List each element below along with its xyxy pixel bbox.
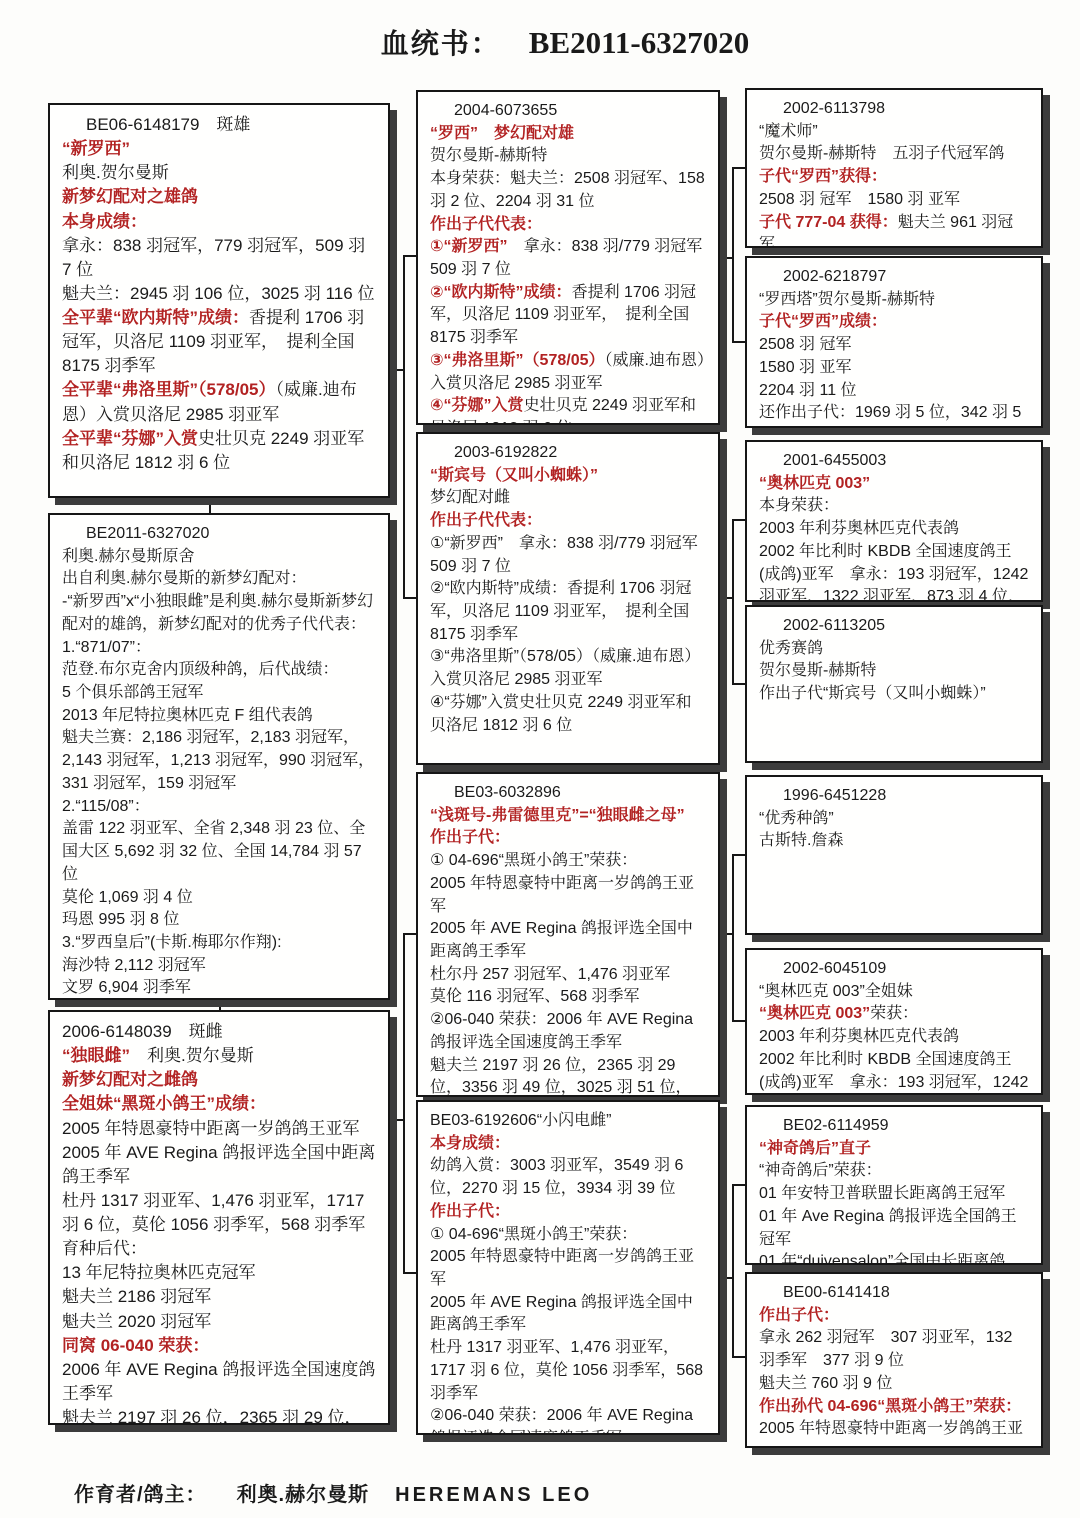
highlight-text: 作出子代： — [430, 829, 510, 846]
body-text: 2002-6113798 — [783, 100, 885, 117]
body-text: 梦幻配对雌 — [430, 489, 510, 506]
body-text: ②06-040 荣获：2006 年 AVE Regina 鸽报评选全国速度鸽王季… — [430, 1011, 693, 1051]
pedigree-text-line: ④“芬娜”入赏史壮贝克 2249 羽亚军和贝洛尼 1812 羽 6 位 — [430, 692, 706, 737]
body-text: 作出子代“斯宾号（又叫小蜘蛛）” — [759, 685, 986, 702]
pedigree-text-line: ②“欧内斯特”成绩：香提利 1706 羽冠军，贝洛尼 1109 羽亚军， 提利全… — [430, 578, 706, 646]
highlight-text: 新梦幻配对之雌鸽 — [62, 1070, 198, 1089]
pedigree-connector-line — [403, 255, 416, 257]
body-text: 13 年尼特拉奥林匹克冠军 — [62, 1263, 256, 1282]
pedigree-text-line: 2005 年 AVE Regina 鸽报评选全国中距离鸽王季军 — [62, 1141, 376, 1189]
pedigree-box-2002-6113798: 2002-6113798“魔术师”贺尔曼斯-赫斯特 五羽子代冠军鸽子代“罗西”获… — [745, 88, 1043, 248]
body-text: -“新罗西”x“小独眼雌”是利奥.赫尔曼斯新梦幻配对的雄鸽，新梦幻配对的优秀子代… — [62, 593, 373, 633]
pedigree-box-BE03-6032896: BE03-6032896“浅斑号-弗雷德里克”=“独眼雌之母”作出子代：① 04… — [416, 772, 720, 1097]
body-text: 优秀赛鸽 — [759, 640, 823, 657]
pedigree-text-line: 拿永：838 羽冠军，779 羽冠军，509 羽 7 位 — [62, 234, 376, 282]
highlight-text: “浅斑号-弗雷德里克”=“独眼雌之母” — [430, 807, 685, 824]
body-text: BE2011-6327020 — [86, 525, 209, 542]
pedigree-text-line: 新梦幻配对之雄鸽 — [62, 185, 376, 209]
highlight-text: 子代 777-04 获得： — [759, 214, 898, 231]
pedigree-text-line: 1.“871/07”： — [62, 637, 376, 660]
highlight-text: 子代“罗西”成绩： — [759, 313, 887, 330]
body-text: 魁夫兰 2197 羽 26 位，2365 羽 29 位，3356 羽 49 位，… — [430, 1057, 691, 1097]
body-text: BE06-6148179 斑雄 — [86, 115, 250, 134]
pedigree-box-2002-6045109: 2002-6045109“奥林匹克 003”全姐妹“奥林匹克 003”荣获：20… — [745, 948, 1043, 1095]
pedigree-text-line: BE00-6141418 — [759, 1282, 1029, 1305]
breeder-label: 作育者/鸽主： — [74, 1484, 207, 1506]
body-text: 2002-6045109 — [783, 960, 886, 977]
breeder-name-cn: 利奥.赫尔曼斯 — [237, 1484, 370, 1506]
body-text: 2003 年利芬奥林匹克代表鸽 — [759, 1028, 959, 1045]
pedigree-text-line: 还作出子代：1969 羽 5 位，342 羽 5 — [759, 402, 1029, 425]
body-text: BE03-6192606“小闪电雌” — [430, 1112, 611, 1129]
title-ring-number: BE2011-6327020 — [529, 25, 749, 60]
pedigree-box-BE00-6141418: BE00-6141418作出子代：拿永 262 羽冠军 307 羽亚军，132 … — [745, 1272, 1043, 1448]
pedigree-text-line: 魁夫兰 2186 羽冠军 — [62, 1285, 376, 1309]
pedigree-text-line: “新罗西” — [62, 137, 376, 161]
pedigree-connector-line — [732, 854, 745, 856]
pedigree-text-line: ②06-040 荣获：2006 年 AVE Regina 鸽报评选全国速度鸽王季… — [430, 1405, 706, 1435]
pedigree-certificate: 血统书：BE2011-6327020 BE06-6148179 斑雄“新罗西”利… — [0, 0, 1080, 1518]
pedigree-text-line: 莫伦 116 羽冠军、568 羽季军 — [430, 986, 706, 1009]
pedigree-text-line: 2002 年比利时 KBDB 全国速度鸽王(成鸽)亚军 拿永：193 羽冠军，1… — [759, 1049, 1029, 1095]
pedigree-text-line: 范登.布尔克舍内顶级种鸽，后代战绩： — [62, 659, 376, 682]
body-text: 拿永 262 羽冠军 307 羽亚军，132 羽季军 377 羽 9 位 — [759, 1329, 1012, 1369]
pedigree-text-line: 子代 777-04 获得：魁夫兰 961 羽冠军 — [759, 212, 1029, 248]
highlight-text: “斯宾号（又叫小蜘蛛）” — [430, 467, 598, 484]
body-text: “奥林匹克 003”全姐妹 — [759, 983, 913, 1000]
pedigree-connector-line — [732, 1184, 745, 1186]
body-text: 魁夫兰 2197 羽 26 位，2365 羽 29 位，3356 羽 49 位，… — [62, 1408, 365, 1425]
pedigree-connector-line — [219, 1000, 221, 1010]
pedigree-text-line: 2.“115/08”： — [62, 796, 376, 819]
pedigree-text-line: 2005 年特恩豪特中距离一岁鸽鸽王亚 — [759, 1418, 1029, 1441]
body-text: ④“芬娜”入赏史壮贝克 2249 羽亚军和贝洛尼 1812 羽 6 位 — [430, 694, 692, 734]
pedigree-connector-line — [403, 1272, 416, 1274]
pedigree-text-line: 杜丹 1317 羽亚军、1,476 羽亚军，1717 羽 6 位，莫伦 1056… — [430, 1337, 706, 1405]
highlight-text: 作出孙代 04-696“黑斑小鸽王”荣获： — [759, 1398, 1021, 1415]
pedigree-text-line: 魁夫兰 2020 羽冠军 — [62, 1310, 376, 1334]
highlight-text: “神奇鸽后”直子 — [759, 1140, 871, 1157]
pedigree-connector-line — [390, 1119, 404, 1121]
body-text: 2005 年 AVE Regina 鸽报评选全国中距离鸽王季军 — [430, 1294, 693, 1334]
body-text: 文罗 6,904 羽季军 — [62, 979, 191, 996]
pedigree-text-line: BE03-6192606“小闪电雌” — [430, 1110, 706, 1133]
body-text: 1.“871/07”： — [62, 639, 151, 656]
body-text: 利奥.贺尔曼斯 — [130, 1046, 254, 1065]
pedigree-text-line: 玛恩 995 羽 8 位 — [62, 909, 376, 932]
body-text: 2.“115/08”： — [62, 798, 150, 815]
highlight-text: 全姐妹“黑斑小鸽王”成绩： — [62, 1094, 266, 1113]
body-text: 2002 年比利时 KBDB 全国速度鸽王(成鸽)亚军 拿永：193 羽冠军，1… — [759, 543, 1028, 602]
body-text: 2508 羽 冠军 1580 羽 亚军 — [759, 191, 960, 208]
pedigree-text-line: 2005 年 AVE Regina 鸽报评选全国中距离鸽王季军 — [430, 918, 706, 963]
pedigree-text-line: ① 04-696“黑斑小鸽王”荣获： — [430, 1224, 706, 1247]
body-text: 2005 年特恩豪特中距离一岁鸽鸽王亚 — [759, 1420, 1023, 1437]
pedigree-text-line: ①“新罗西” 拿永：838 羽/779 羽冠军 509 羽 7 位 — [430, 236, 706, 281]
pedigree-text-line: “魔术师” — [759, 121, 1029, 144]
pedigree-box-2001-6455003: 2001-6455003“奥林匹克 003”本身荣获：2003 年利芬奥林匹克代… — [745, 440, 1043, 602]
pedigree-box-2003-6192822: 2003-6192822“斯宾号（又叫小蜘蛛）”梦幻配对雌作出子代代表：①“新罗… — [416, 432, 720, 765]
pedigree-text-line: 2002 年比利时 KBDB 全国速度鸽王(成鸽)亚军 拿永：193 羽冠军，1… — [759, 541, 1029, 602]
body-text: 2006-6148039 斑雌 — [62, 1022, 223, 1041]
pedigree-connector-line — [403, 933, 416, 935]
pedigree-text-line: 文罗 6,904 羽季军 — [62, 977, 376, 1000]
title-label: 血统书： — [381, 28, 501, 59]
pedigree-text-line: 作出子代代表： — [430, 214, 706, 237]
body-text: 1996-6451228 — [783, 787, 886, 804]
pedigree-text-line: 1996-6451228 — [759, 785, 1029, 808]
body-text: 育种后代： — [62, 1239, 147, 1258]
pedigree-text-line: 3.“罗西皇后”(卡斯.梅耶尔作翔): — [62, 932, 376, 955]
body-text: 出自利奥.赫尔曼斯的新梦幻配对： — [62, 570, 306, 587]
pedigree-text-line: 13 年尼特拉奥林匹克冠军 — [62, 1261, 376, 1285]
pedigree-text-line: 贺尔曼斯-赫斯特 — [430, 145, 706, 168]
pedigree-text-line: 同窝 06-040 荣获： — [62, 1334, 376, 1358]
body-text: 幼鸽入赏：3003 羽亚军，3549 羽 6 位，2270 羽 15 位，393… — [430, 1157, 683, 1197]
body-text: 2005 年特恩豪特中距离一岁鸽鸽王亚军 — [430, 1248, 694, 1288]
pedigree-text-line: 本身荣获：魁夫兰：2508 羽冠军、158 羽 2 位、2204 羽 31 位 — [430, 168, 706, 213]
pedigree-text-line: -“新罗西”x“小独眼雌”是利奥.赫尔曼斯新梦幻配对的雄鸽，新梦幻配对的优秀子代… — [62, 591, 376, 636]
pedigree-connector-line — [732, 519, 745, 521]
highlight-text: “奥林匹克 003” — [759, 475, 870, 492]
body-text: 盖雷 122 羽亚军、全省 2,348 羽 23 位、全国大区 5,692 羽 … — [62, 820, 365, 882]
pedigree-text-line: 2006 年 AVE Regina 鸽报评选全国速度鸽王季军 — [62, 1358, 376, 1406]
highlight-text: ④“芬娜”入赏 — [430, 397, 524, 414]
highlight-text: ①“新罗西” — [430, 238, 508, 255]
highlight-text: ③“弗洛里斯”（578/05） — [430, 352, 605, 369]
pedigree-text-line: ③“弗洛里斯”（578/05）（威廉.迪布恩）入赏贝洛尼 2985 羽亚军 — [430, 646, 706, 691]
pedigree-box-BE03-6192606: BE03-6192606“小闪电雌”本身成绩：幼鸽入赏：3003 羽亚军，354… — [416, 1100, 720, 1435]
body-text: 2002 年比利时 KBDB 全国速度鸽王(成鸽)亚军 拿永：193 羽冠军，1… — [759, 1051, 1028, 1095]
highlight-text: “罗西” 梦幻配对雄 — [430, 125, 574, 142]
body-text: 2003-6192822 — [454, 444, 557, 461]
body-text: 利奥.赫尔曼斯原舍 — [62, 548, 194, 565]
pedigree-text-line: 育种后代： — [62, 1237, 376, 1261]
body-text: 01 年 Ave Regina 鸽报评选全国鸽王冠军 — [759, 1208, 1017, 1248]
body-text: 魁夫兰 2186 羽冠军 — [62, 1287, 211, 1306]
body-text: 2005 年特恩豪特中距离一岁鸽鸽王亚军 — [430, 875, 694, 915]
pedigree-text-line: 01 年安特卫普联盟长距离鸽王冠军 — [759, 1183, 1029, 1206]
pedigree-text-line: 2013 年尼特拉奥林匹克 F 组代表鸽 — [62, 705, 376, 728]
pedigree-text-line: 古斯特.詹森 — [759, 830, 1029, 853]
pedigree-text-line: “奥林匹克 003”荣获： — [759, 1003, 1029, 1026]
body-text: ③“弗洛里斯”（578/05）（威廉.迪布恩）入赏贝洛尼 2985 羽亚军 — [430, 648, 700, 688]
body-text: ① 04-696“黑斑小鸽王”荣获： — [430, 852, 637, 869]
pedigree-text-line: “独眼雌” 利奥.贺尔曼斯 — [62, 1044, 376, 1068]
pedigree-text-line: 全平辈“欧内斯特”成绩：香提利 1706 羽冠军，贝洛尼 1109 羽亚军， 提… — [62, 306, 376, 378]
pedigree-text-line: 2004-6073655 — [430, 100, 706, 123]
pedigree-text-line: 拿永 262 羽冠军 307 羽亚军，132 羽季军 377 羽 9 位 — [759, 1327, 1029, 1372]
body-text: 2013 年尼特拉奥林匹克 F 组代表鸽 — [62, 707, 313, 724]
body-text: ①“新罗西” 拿永：838 羽/779 羽冠军 509 羽 7 位 — [430, 535, 698, 575]
pedigree-text-line: “神奇鸽后”直子 — [759, 1138, 1029, 1161]
pedigree-text-line: 魁夫兰 2197 羽 26 位，2365 羽 29 位，3356 羽 49 位，… — [62, 1406, 376, 1425]
pedigree-text-line: 贺尔曼斯-赫斯特 — [759, 660, 1029, 683]
body-text: “魔术师” — [759, 123, 818, 140]
pedigree-text-line: “奥林匹克 003” — [759, 473, 1029, 496]
pedigree-text-line: “罗西塔”贺尔曼斯-赫斯特 — [759, 289, 1029, 312]
body-text: 2003 年利芬奥林匹克代表鸽 — [759, 520, 959, 537]
body-text: 5 个俱乐部鸽王冠军 — [62, 684, 203, 701]
body-text: 杜尔丹 257 羽冠军、1,476 羽亚军 — [430, 966, 670, 983]
pedigree-text-line: 1580 羽 亚军 — [759, 357, 1029, 380]
body-text: 2002-6218797 — [783, 268, 886, 285]
body-text: BE00-6141418 — [783, 1284, 890, 1301]
pedigree-text-line: “奥林匹克 003”全姐妹 — [759, 981, 1029, 1004]
pedigree-connector-line — [732, 167, 745, 169]
pedigree-text-line: “斯宾号（又叫小蜘蛛）” — [430, 465, 706, 488]
pedigree-text-line: 2005 年特恩豪特中距离一岁鸽鸽王亚军 — [62, 1117, 376, 1141]
highlight-text: “独眼雌” — [62, 1046, 130, 1065]
body-text: 还作出子代：1969 羽 5 位，342 羽 5 — [759, 404, 1021, 421]
pedigree-text-line: 2002-6218797 — [759, 266, 1029, 289]
pedigree-box-1996-6451228: 1996-6451228“优秀种鸽”古斯特.詹森 — [745, 775, 1043, 935]
pedigree-text-line: “优秀种鸽” — [759, 808, 1029, 831]
highlight-text: 全平辈“芬娜”入赏 — [62, 429, 198, 448]
pedigree-text-line: 魁夫兰 2197 羽 26 位，2365 羽 29 位，3356 羽 49 位，… — [430, 1055, 706, 1097]
pedigree-text-line: 贺尔曼斯-赫斯特 五羽子代冠军鸽 — [759, 143, 1029, 166]
pedigree-text-line: 本身成绩： — [62, 210, 376, 234]
highlight-text: 本身成绩： — [430, 1135, 510, 1152]
body-text: 2005 年 AVE Regina 鸽报评选全国中距离鸽王季军 — [62, 1143, 375, 1186]
body-text: 本身荣获： — [759, 497, 839, 514]
highlight-text: 同窝 06-040 荣获： — [62, 1336, 209, 1355]
pedigree-text-line: 作出子代： — [430, 827, 706, 850]
pedigree-text-line: BE2011-6327020 — [62, 523, 376, 546]
pedigree-text-line: 魁夫兰：2945 羽 106 位，3025 羽 116 位 — [62, 282, 376, 306]
pedigree-connector-line — [403, 934, 405, 1274]
pedigree-connector-line — [390, 369, 404, 371]
body-text: 本身荣获：魁夫兰：2508 羽冠军、158 羽 2 位、2204 羽 31 位 — [430, 170, 705, 210]
pedigree-text-line: ②06-040 荣获：2006 年 AVE Regina 鸽报评选全国速度鸽王季… — [430, 1009, 706, 1054]
pedigree-text-line: 海沙特 2,112 羽冠军 — [62, 955, 376, 978]
pedigree-text-line: 莫伦 1,069 羽 4 位 — [62, 887, 376, 910]
pedigree-text-line: “浅斑号-弗雷德里克”=“独眼雌之母” — [430, 805, 706, 828]
pedigree-text-line: 作出子代“斯宾号（又叫小蜘蛛）” — [759, 683, 1029, 706]
pedigree-text-line: ④“芬娜”入赏史壮贝克 2249 羽亚军和贝洛尼 1812 羽 6 位 — [430, 395, 706, 425]
pedigree-text-line: 2002-6113798 — [759, 98, 1029, 121]
pedigree-text-line: 2508 羽 冠军 — [759, 334, 1029, 357]
highlight-text: 作出子代： — [759, 1307, 839, 1324]
pedigree-connector-line — [732, 1020, 745, 1022]
highlight-text: “奥林匹克 003” — [759, 1005, 870, 1022]
highlight-text: 全平辈“欧内斯特”成绩： — [62, 308, 249, 327]
pedigree-connector-line — [403, 597, 416, 599]
pedigree-box-2002-6113205: 2002-6113205优秀赛鸽贺尔曼斯-赫斯特作出子代“斯宾号（又叫小蜘蛛）” — [745, 605, 1043, 763]
body-text: 杜丹 1317 羽亚军、1,476 羽亚军，1717 羽 6 位，莫伦 1056… — [430, 1339, 703, 1401]
pedigree-box-BE06-6148179: BE06-6148179 斑雄“新罗西”利奥.贺尔曼斯新梦幻配对之雄鸽本身成绩：… — [48, 103, 390, 498]
page-title: 血统书：BE2011-6327020 — [0, 22, 1080, 62]
body-text: 2004-6073655 — [454, 102, 557, 119]
pedigree-text-line: 本身荣获： — [759, 495, 1029, 518]
body-text: 玛恩 995 羽 8 位 — [62, 911, 179, 928]
body-text: BE03-6032896 — [454, 784, 561, 801]
body-text: 荣获： — [870, 1005, 918, 1022]
body-text: BE02-6114959 — [783, 1117, 889, 1134]
pedigree-text-line: ②“欧内斯特”成绩：香提利 1706 羽冠军，贝洛尼 1109 羽亚军， 提利全… — [430, 282, 706, 350]
pedigree-text-line: 2003 年利芬奥林匹克代表鸽 — [759, 1026, 1029, 1049]
body-text: 杜丹 1317 羽亚军、1,476 羽亚军，1717 羽 6 位，莫伦 1056… — [62, 1191, 365, 1234]
pedigree-text-line: 利奥.贺尔曼斯 — [62, 161, 376, 185]
body-text: 2002-6113205 — [783, 617, 885, 634]
body-text: 01 年“duivensalon”全国中长距离鸽 — [759, 1253, 1005, 1265]
pedigree-text-line: 2003-6192822 — [430, 442, 706, 465]
pedigree-connector-line — [732, 520, 734, 685]
body-text: 莫伦 1,069 羽 4 位 — [62, 889, 193, 906]
pedigree-text-line: 利奥.赫尔曼斯原舍 — [62, 546, 376, 569]
body-text: 魁夫兰 760 羽 9 位 — [759, 1375, 892, 1392]
pedigree-text-line: “神奇鸽后”荣获： — [759, 1160, 1029, 1183]
pedigree-text-line: 2001-6455003 — [759, 450, 1029, 473]
pedigree-text-line: BE06-6148179 斑雄 — [62, 113, 376, 137]
pedigree-text-line: 2508 羽 冠军 1580 羽 亚军 — [759, 189, 1029, 212]
highlight-text: 全平辈“弗洛里斯”（578/05） — [62, 380, 276, 399]
highlight-text: 本身成绩： — [62, 212, 147, 231]
body-text: 2204 羽 11 位 — [759, 382, 857, 399]
pedigree-text-line: 杜尔丹 257 羽冠军、1,476 羽亚军 — [430, 964, 706, 987]
pedigree-text-line: ①“新罗西” 拿永：838 羽/779 羽冠军 509 羽 7 位 — [430, 533, 706, 578]
pedigree-text-line: 作出子代代表： — [430, 510, 706, 533]
pedigree-connector-line — [732, 1356, 745, 1358]
body-text: 海沙特 2,112 羽冠军 — [62, 957, 206, 974]
pedigree-text-line: ① 04-696“黑斑小鸽王”荣获： — [430, 850, 706, 873]
pedigree-text-line: 子代“罗西”获得： — [759, 166, 1029, 189]
pedigree-text-line: 2002-6113205 — [759, 615, 1029, 638]
body-text: 古斯特.詹森 — [759, 832, 843, 849]
body-text: 范登.布尔克舍内顶级种鸽，后代战绩： — [62, 661, 338, 678]
pedigree-text-line: 魁夫兰赛：2,186 羽冠军，2,183 羽冠军，2,143 羽冠军，1,213… — [62, 727, 376, 795]
pedigree-text-line: 01 年 Ave Regina 鸽报评选全国鸽王冠军 — [759, 1206, 1029, 1251]
body-text: ① 04-696“黑斑小鸽王”荣获： — [430, 1226, 637, 1243]
pedigree-text-line: BE03-6032896 — [430, 782, 706, 805]
pedigree-text-line: “罗西” 梦幻配对雄 — [430, 123, 706, 146]
pedigree-text-line: 2003 年利芬奥林匹克代表鸽 — [759, 518, 1029, 541]
highlight-text: 作出子代代表： — [430, 216, 542, 233]
pedigree-connector-line — [732, 168, 734, 343]
body-text: 魁夫兰赛：2,186 羽冠军，2,183 羽冠军，2,143 羽冠军，1,213… — [62, 729, 374, 791]
pedigree-connector-line — [209, 498, 211, 513]
body-text: 1580 羽 亚军 — [759, 359, 852, 376]
body-text: 2005 年 AVE Regina 鸽报评选全国中距离鸽王季军 — [430, 920, 693, 960]
pedigree-text-line: 作出子代： — [430, 1201, 706, 1224]
body-text: 2006 年 AVE Regina 鸽报评选全国速度鸽王季军 — [62, 1360, 375, 1403]
body-text: 贺尔曼斯-赫斯特 — [759, 662, 876, 679]
pedigree-box-2004-6073655: 2004-6073655“罗西” 梦幻配对雄贺尔曼斯-赫斯特本身荣获：魁夫兰：2… — [416, 90, 720, 425]
pedigree-text-line: 2002-6045109 — [759, 958, 1029, 981]
body-text: 魁夫兰：2945 羽 106 位，3025 羽 116 位 — [62, 284, 374, 303]
pedigree-text-line: 本身成绩： — [430, 1133, 706, 1156]
pedigree-text-line: 杜丹 1317 羽亚军、1,476 羽亚军，1717 羽 6 位，莫伦 1056… — [62, 1189, 376, 1237]
pedigree-text-line: 出自利奥.赫尔曼斯的新梦幻配对： — [62, 568, 376, 591]
pedigree-text-line: 2204 羽 11 位 — [759, 380, 1029, 403]
body-text: ②“欧内斯特”成绩：香提利 1706 羽冠军，贝洛尼 1109 羽亚军， 提利全… — [430, 580, 692, 642]
body-text: 3.“罗西皇后”(卡斯.梅耶尔作翔): — [62, 934, 282, 951]
body-text: 贺尔曼斯-赫斯特 — [430, 147, 547, 164]
pedigree-text-line: 全平辈“芬娜”入赏史壮贝克 2249 羽亚军和贝洛尼 1812 羽 6 位 — [62, 427, 376, 475]
pedigree-text-line: 梦幻配对雌 — [430, 487, 706, 510]
pedigree-text-line: ③“弗洛里斯”（578/05）（威廉.迪布恩）入赏贝洛尼 2985 羽亚军 — [430, 350, 706, 395]
pedigree-connector-line — [403, 256, 405, 599]
highlight-text: 作出子代： — [430, 1203, 510, 1220]
highlight-text: 子代“罗西”获得： — [759, 168, 887, 185]
body-text: 拿永：838 羽冠军，779 羽冠军，509 羽 7 位 — [62, 236, 365, 279]
body-text: 2001-6455003 — [783, 452, 886, 469]
pedigree-text-line: 01 年“duivensalon”全国中长距离鸽 — [759, 1251, 1029, 1265]
body-text: “罗西塔”贺尔曼斯-赫斯特 — [759, 291, 935, 308]
highlight-text: “新罗西” — [62, 139, 130, 158]
body-text: 贺尔曼斯-赫斯特 五羽子代冠军鸽 — [759, 145, 1004, 162]
pedigree-connector-line — [732, 341, 745, 343]
pedigree-text-line: BE02-6114959 — [759, 1115, 1029, 1138]
pedigree-text-line: 盖雷 122 羽亚军、全省 2,348 羽 23 位、全国大区 5,692 羽 … — [62, 818, 376, 886]
pedigree-box-BE02-6114959: BE02-6114959“神奇鸽后”直子“神奇鸽后”荣获：01 年安特卫普联盟长… — [745, 1105, 1043, 1265]
pedigree-text-line: 子代“罗西”成绩： — [759, 311, 1029, 334]
pedigree-box-2006-6148039: 2006-6148039 斑雌“独眼雌” 利奥.贺尔曼斯新梦幻配对之雌鸽全姐妹“… — [48, 1010, 390, 1425]
pedigree-text-line: 全姐妹“黑斑小鸽王”成绩： — [62, 1092, 376, 1116]
body-text: 魁夫兰 2020 羽冠军 — [62, 1312, 211, 1331]
body-text: 2005 年特恩豪特中距离一岁鸽鸽王亚军 — [62, 1119, 360, 1138]
breeder-name-en: HEREMANS LEO — [395, 1484, 592, 1506]
body-text: 莫伦 116 羽冠军、568 羽季军 — [430, 988, 640, 1005]
body-text: “优秀种鸽” — [759, 810, 834, 827]
highlight-text: ②“欧内斯特”成绩： — [430, 284, 572, 301]
pedigree-connector-line — [732, 855, 734, 1022]
breeder-footer: 作育者/鸽主：利奥.赫尔曼斯HEREMANS LEO — [74, 1478, 592, 1507]
pedigree-text-line: 幼鸽入赏：3003 羽亚军，3549 羽 6 位，2270 羽 15 位，393… — [430, 1155, 706, 1200]
pedigree-box-BE2011-6327020: BE2011-6327020利奥.赫尔曼斯原舍出自利奥.赫尔曼斯的新梦幻配对：-… — [48, 513, 390, 1000]
pedigree-connector-line — [732, 1185, 734, 1357]
body-text: 01 年安特卫普联盟长距离鸽王冠军 — [759, 1185, 1005, 1202]
pedigree-text-line: 作出孙代 04-696“黑斑小鸽王”荣获： — [759, 1396, 1029, 1419]
pedigree-text-line: 2005 年特恩豪特中距离一岁鸽鸽王亚军 — [430, 1246, 706, 1291]
pedigree-text-line: 5 个俱乐部鸽王冠军 — [62, 682, 376, 705]
pedigree-text-line: 新梦幻配对之雌鸽 — [62, 1068, 376, 1092]
body-text: “神奇鸽后”荣获： — [759, 1162, 882, 1179]
body-text: ②06-040 荣获：2006 年 AVE Regina 鸽报评选全国速度鸽王季… — [430, 1407, 693, 1435]
body-text: 利奥.贺尔曼斯 — [62, 163, 169, 182]
pedigree-text-line: 2006-6148039 斑雌 — [62, 1020, 376, 1044]
body-text: 2508 羽 冠军 — [759, 336, 852, 353]
pedigree-text-line: 魁夫兰 760 羽 9 位 — [759, 1373, 1029, 1396]
pedigree-text-line: 2005 年特恩豪特中距离一岁鸽鸽王亚军 — [430, 873, 706, 918]
pedigree-text-line: 优秀赛鸽 — [759, 638, 1029, 661]
pedigree-text-line: 全平辈“弗洛里斯”（578/05）（威廉.迪布恩）入赏贝洛尼 2985 羽亚军 — [62, 378, 376, 426]
pedigree-connector-line — [732, 683, 745, 685]
pedigree-box-2002-6218797: 2002-6218797“罗西塔”贺尔曼斯-赫斯特子代“罗西”成绩：2508 羽… — [745, 256, 1043, 428]
highlight-text: 新梦幻配对之雄鸽 — [62, 187, 198, 206]
pedigree-text-line: 作出子代： — [759, 1305, 1029, 1328]
pedigree-text-line: 2005 年 AVE Regina 鸽报评选全国中距离鸽王季军 — [430, 1292, 706, 1337]
highlight-text: 作出子代代表： — [430, 512, 542, 529]
